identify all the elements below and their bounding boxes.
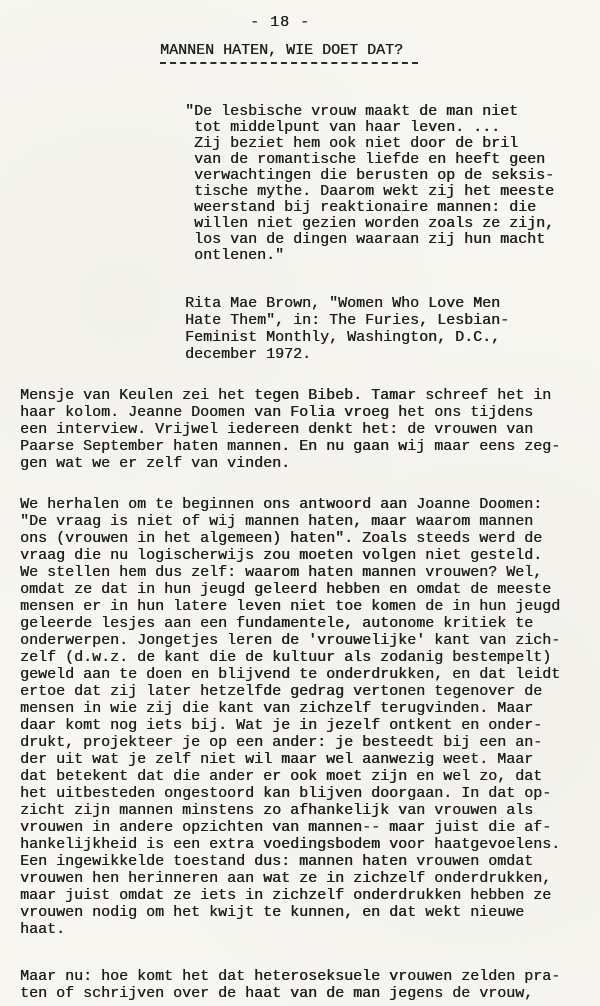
title-underline xyxy=(160,62,418,64)
body-paragraph-3: Maar nu: hoe komt het dat heteroseksuele… xyxy=(20,968,600,1002)
document-page: - 18 - MANNEN HATEN, WIE DOET DAT? "De l… xyxy=(0,0,600,1006)
body-paragraph-1: Mensje van Keulen zei het tegen Bibeb. T… xyxy=(20,387,600,472)
quote-attribution: Rita Mae Brown, "Women Who Love Men Hate… xyxy=(185,295,600,363)
page-title: MANNEN HATEN, WIE DOET DAT? xyxy=(160,42,600,59)
block-quote: "De lesbische vrouw maakt de man niet to… xyxy=(185,104,600,264)
page-number: - 18 - xyxy=(250,14,600,31)
body-paragraph-2: We herhalen om te beginnen ons antwoord … xyxy=(20,496,600,938)
